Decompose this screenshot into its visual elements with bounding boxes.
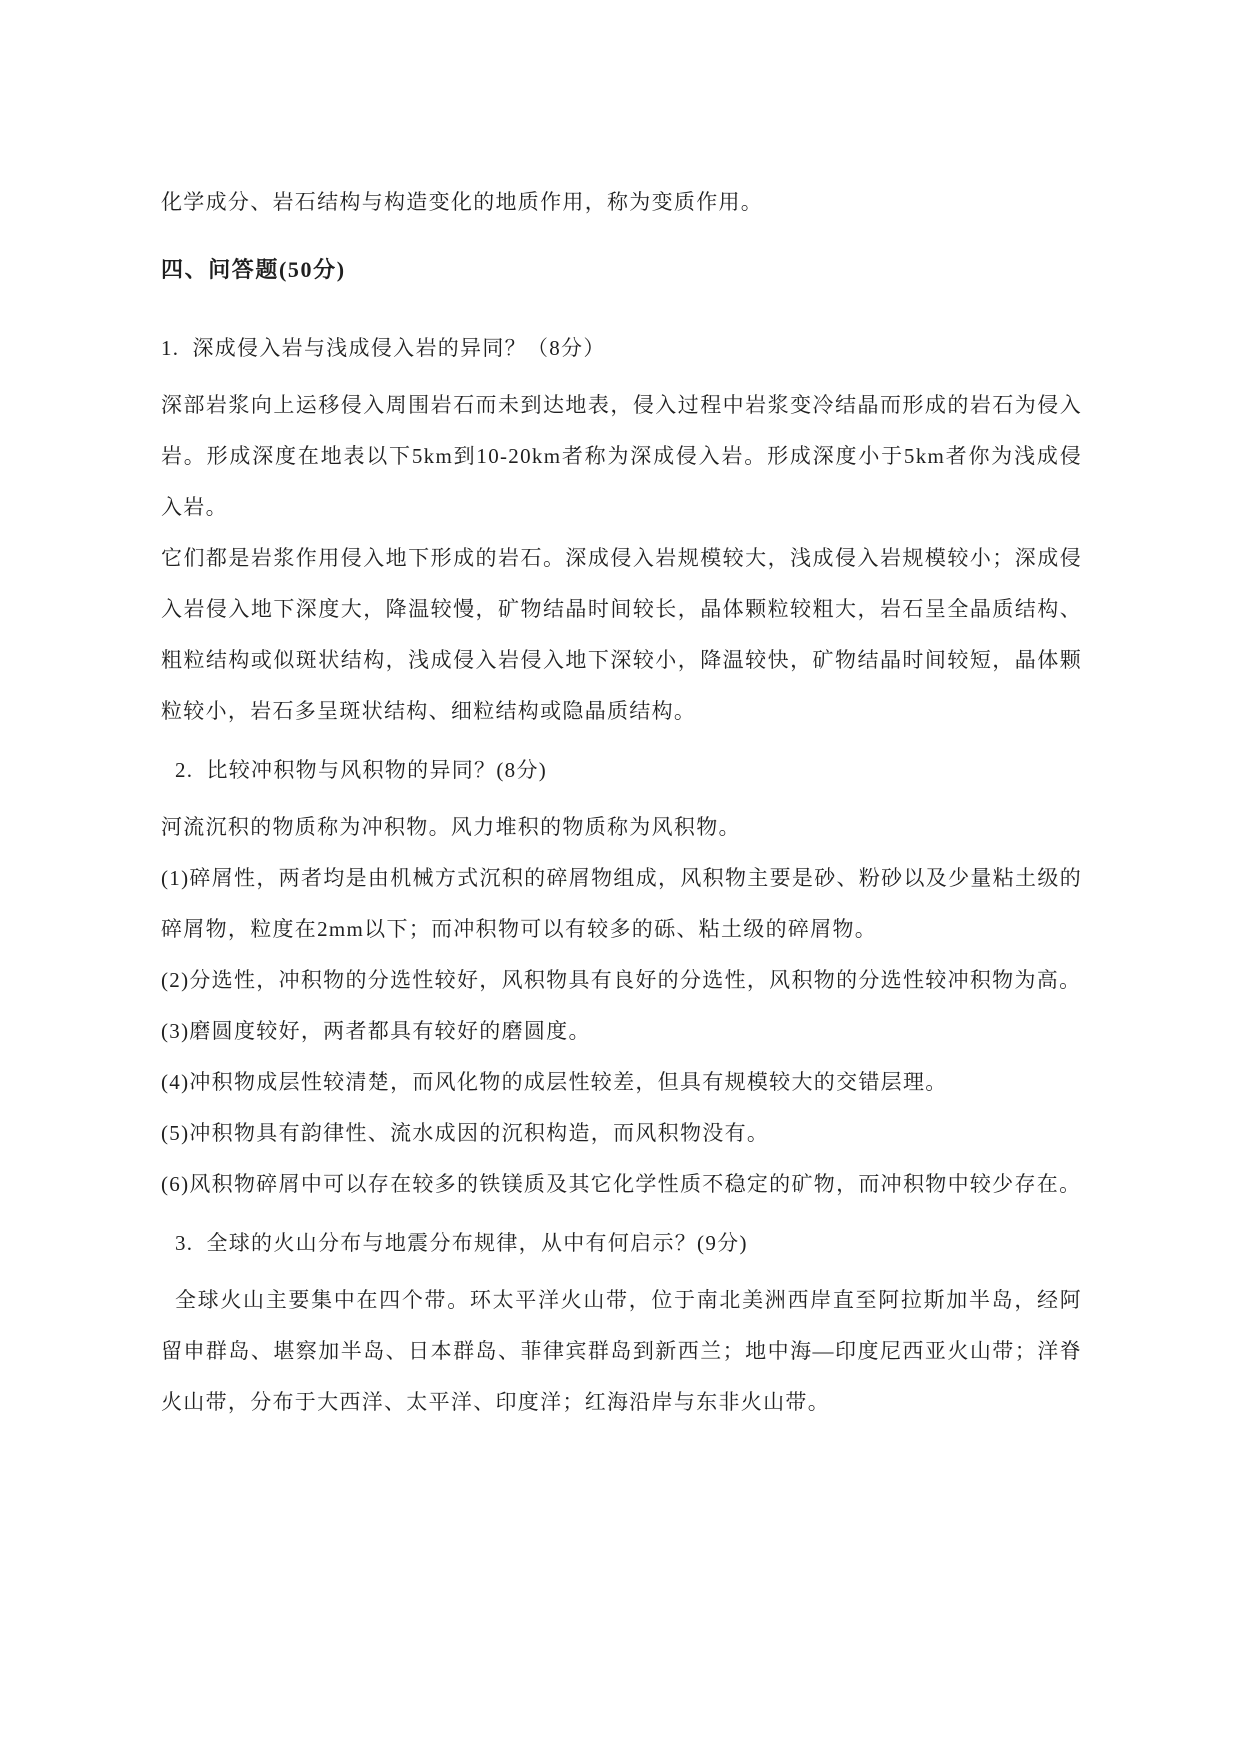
document-page: 化学成分、岩石结构与构造变化的地质作用，称为变质作用。四、问答题(50分)1. … xyxy=(0,0,1240,1754)
paragraph: (2)分选性，冲积物的分选性较好，风积物具有良好的分选性，风积物的分选性较冲积物… xyxy=(161,955,1082,1006)
paragraph: 它们都是岩浆作用侵入地下形成的岩石。深成侵入岩规模较大，浅成侵入岩规模较小；深成… xyxy=(161,533,1082,737)
paragraph: 全球火山主要集中在四个带。环太平洋火山带，位于南北美洲西岸直至阿拉斯加半岛，经阿… xyxy=(161,1275,1082,1428)
paragraph: (5)冲积物具有韵律性、流水成因的沉积构造，而风积物没有。 xyxy=(161,1108,1082,1159)
section-heading: 四、问答题(50分) xyxy=(161,244,1082,295)
document-body: 化学成分、岩石结构与构造变化的地质作用，称为变质作用。四、问答题(50分)1. … xyxy=(161,177,1082,1428)
paragraph: 化学成分、岩石结构与构造变化的地质作用，称为变质作用。 xyxy=(161,177,1082,228)
paragraph: 河流沉积的物质称为冲积物。风力堆积的物质称为风积物。 xyxy=(161,802,1082,853)
question-line: 2. 比较冲积物与风积物的异同？(8分) xyxy=(161,745,1082,796)
paragraph: (4)冲积物成层性较清楚，而风化物的成层性较差，但具有规模较大的交错层理。 xyxy=(161,1057,1082,1108)
question-line: 1. 深成侵入岩与浅成侵入岩的异同？（8分） xyxy=(161,323,1082,374)
question-line: 3. 全球的火山分布与地震分布规律，从中有何启示？(9分) xyxy=(161,1218,1082,1269)
paragraph: (1)碎屑性，两者均是由机械方式沉积的碎屑物组成，风积物主要是砂、粉砂以及少量粘… xyxy=(161,853,1082,955)
paragraph: 深部岩浆向上运移侵入周围岩石而未到达地表，侵入过程中岩浆变冷结晶而形成的岩石为侵… xyxy=(161,380,1082,533)
paragraph: (6)风积物碎屑中可以存在较多的铁镁质及其它化学性质不稳定的矿物，而冲积物中较少… xyxy=(161,1159,1082,1210)
paragraph: (3)磨圆度较好，两者都具有较好的磨圆度。 xyxy=(161,1006,1082,1057)
